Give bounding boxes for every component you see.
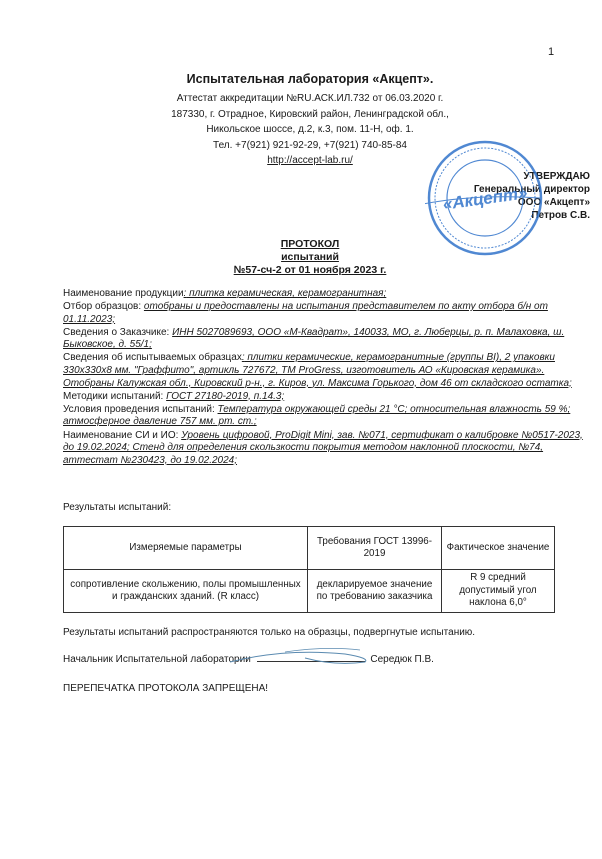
table-row: сопротивление скольжению, полы промышлен… bbox=[64, 570, 555, 613]
protocol-number: №57-сч-2 от 01 ноября 2023 г. bbox=[190, 264, 430, 277]
address-line-1: 187330, г. Отрадное, Кировский район, Ле… bbox=[120, 107, 500, 123]
protocol-subtitle: испытаний bbox=[190, 251, 430, 264]
protocol-title: ПРОТОКОЛ испытаний №57-сч-2 от 01 ноября… bbox=[190, 238, 430, 277]
address-line-2: Никольское шоссе, д.2, к.3, пом. 11-Н, о… bbox=[120, 122, 500, 138]
accreditation: Аттестат аккредитации №RU.АСК.ИЛ.732 от … bbox=[120, 91, 500, 107]
lab-name: Испытательная лаборатория «Акцепт». bbox=[120, 72, 500, 86]
signature-scribble-icon bbox=[225, 640, 375, 670]
field-methods: Методики испытаний: ГОСТ 27180-2019, п.1… bbox=[63, 391, 593, 404]
cell-actual: R 9 средний допустимый угол наклона 6,0° bbox=[442, 570, 555, 613]
field-instruments: Наименование СИ и ИО: Уровень цифровой, … bbox=[63, 430, 593, 468]
signer-name: Середюк П.В. bbox=[370, 654, 434, 665]
company-stamp-icon: «Акцепт» bbox=[425, 138, 545, 258]
protocol-heading: ПРОТОКОЛ bbox=[190, 238, 430, 251]
reprint-notice: ПЕРЕПЕЧАТКА ПРОТОКОЛА ЗАПРЕЩЕНА! bbox=[63, 683, 268, 694]
results-label: Результаты испытаний: bbox=[63, 502, 171, 513]
svg-text:«Акцепт»: «Акцепт» bbox=[442, 183, 529, 214]
field-conditions: Условия проведения испытаний: Температур… bbox=[63, 404, 593, 429]
field-product: Наименование продукции: плитка керамичес… bbox=[63, 288, 593, 301]
column-header: Требования ГОСТ 13996-2019 bbox=[308, 527, 442, 570]
column-header: Измеряемые параметры bbox=[64, 527, 308, 570]
protocol-fields: Наименование продукции: плитка керамичес… bbox=[63, 288, 593, 468]
table-header-row: Измеряемые параметры Требования ГОСТ 139… bbox=[64, 527, 555, 570]
page-number: 1 bbox=[548, 46, 554, 58]
field-sampling: Отбор образцов: отобраны и предоставлены… bbox=[63, 301, 593, 326]
cell-parameter: сопротивление скольжению, полы промышлен… bbox=[64, 570, 308, 613]
field-customer: Сведения о Заказчике: ИНН 5027089693, ОО… bbox=[63, 327, 593, 352]
column-header: Фактическое значение bbox=[442, 527, 555, 570]
cell-requirement: декларируемое значение по требованию зак… bbox=[308, 570, 442, 613]
field-samples: Сведения об испытываемых образцах: плитк… bbox=[63, 352, 593, 390]
disclaimer: Результаты испытаний распространяются то… bbox=[63, 627, 475, 638]
signer-position: Начальник Испытательной лаборатории bbox=[63, 654, 251, 665]
results-table: Измеряемые параметры Требования ГОСТ 139… bbox=[63, 526, 555, 613]
